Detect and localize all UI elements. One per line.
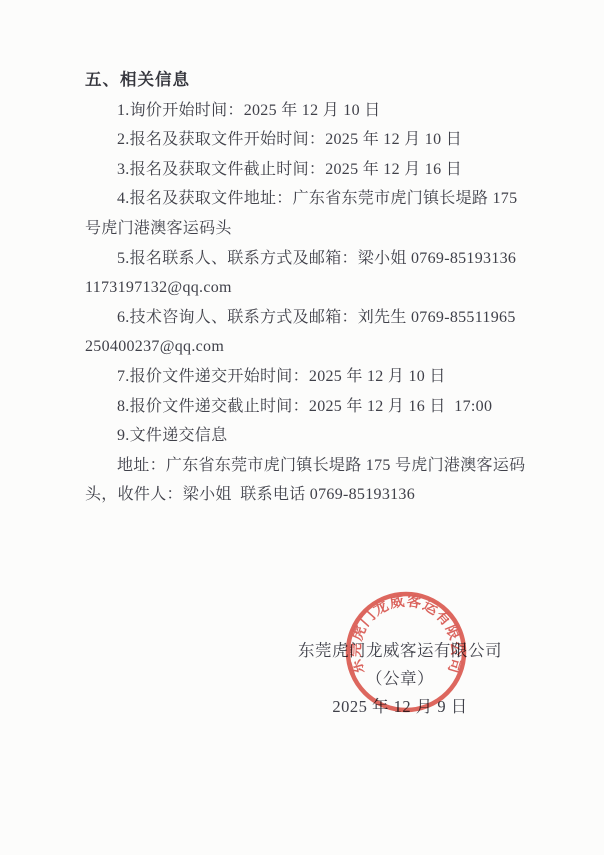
document-line: 6.技术咨询人、联系方式及邮箱：刘先生 0769-85511965	[85, 303, 535, 333]
document-line: 9.文件递交信息	[85, 421, 535, 451]
document-page: 五、相关信息 1.询价开始时间：2025 年 12 月 10 日 2.报名及获取…	[0, 0, 604, 855]
document-line: 250400237@qq.com	[85, 332, 535, 362]
document-line: 1.询价开始时间：2025 年 12 月 10 日	[85, 96, 535, 126]
document-body: 五、相关信息 1.询价开始时间：2025 年 12 月 10 日 2.报名及获取…	[85, 66, 535, 510]
document-line: 5.报名联系人、联系方式及邮箱：梁小姐 0769-85193136	[85, 244, 535, 274]
document-line: 1173197132@qq.com	[85, 273, 535, 303]
document-line: 7.报价文件递交开始时间：2025 年 12 月 10 日	[85, 362, 535, 392]
document-line: 2.报名及获取文件开始时间：2025 年 12 月 10 日	[85, 125, 535, 155]
seal-ring-text: 东莞虎门龙威客运有限公司	[346, 591, 466, 676]
document-line: 3.报名及获取文件截止时间：2025 年 12 月 16 日	[85, 155, 535, 185]
company-seal-icon: 东莞虎门龙威客运有限公司	[340, 586, 472, 718]
document-line: 8.报价文件递交截止时间：2025 年 12 月 16 日 17:00	[85, 392, 535, 422]
document-line: 头，收件人：梁小姐 联系电话 0769-85193136	[85, 480, 535, 510]
document-line: 号虎门港澳客运码头	[85, 214, 535, 244]
document-line: 4.报名及获取文件地址：广东省东莞市虎门镇长堤路 175	[85, 184, 535, 214]
document-line: 地址：广东省东莞市虎门镇长堤路 175 号虎门港澳客运码	[85, 451, 535, 481]
section-heading: 五、相关信息	[85, 66, 535, 96]
